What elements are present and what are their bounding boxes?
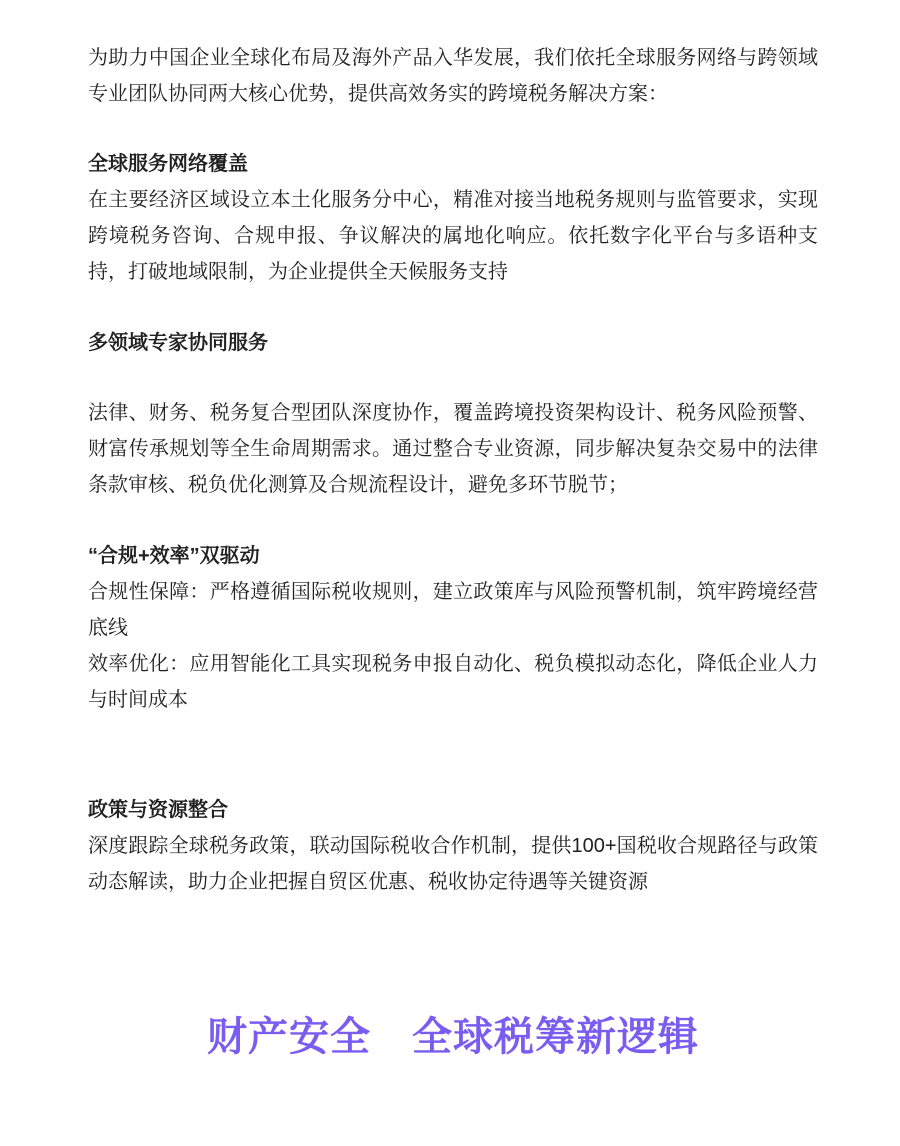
intro-paragraph: 为助力中国企业全球化布局及海外产品入华发展，我们依托全球服务网络与跨领域专业团队… xyxy=(88,40,818,112)
section-paragraph: 效率优化：应用智能化工具实现税务申报自动化、税负模拟动态化，降低企业人力与时间成… xyxy=(88,646,818,718)
section-heading-compliance-efficiency: “合规+效率”双驱动 xyxy=(88,538,818,574)
section-paragraph: 法律、财务、税务复合型团队深度协作，覆盖跨境投资架构设计、税务风险预警、财富传承… xyxy=(88,395,818,503)
section-paragraph: 在主要经济区域设立本土化服务分中心，精准对接当地税务规则与监管要求，实现跨境税务… xyxy=(88,182,818,290)
section-heading-global-network: 全球服务网络覆盖 xyxy=(88,146,818,182)
section-heading-expert-collaboration: 多领域专家协同服务 xyxy=(88,325,818,361)
section-paragraph: 合规性保障：严格遵循国际税收规则，建立政策库与风险预警机制，筑牢跨境经营底线 xyxy=(88,574,818,646)
footer-accent-title: 财产安全 全球税筹新逻辑 xyxy=(88,1014,818,1060)
section-paragraph: 深度跟踪全球税务政策，联动国际税收合作机制，提供100+国税收合规路径与政策动态… xyxy=(88,828,818,900)
section-heading-policy-resources: 政策与资源整合 xyxy=(88,792,818,828)
document-page: 为助力中国企业全球化布局及海外产品入华发展，我们依托全球服务网络与跨领域专业团队… xyxy=(0,0,900,1146)
